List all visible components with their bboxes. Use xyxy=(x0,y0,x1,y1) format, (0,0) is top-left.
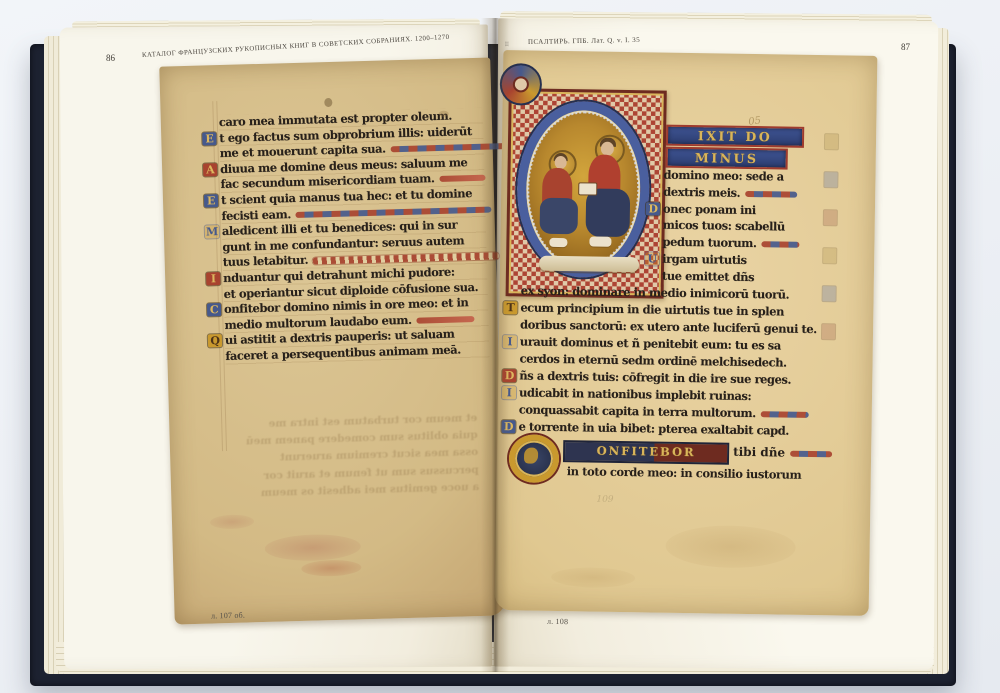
display-text-row1: IXIT DO xyxy=(666,125,804,148)
stain xyxy=(551,567,635,588)
pencil-annotation: 109 xyxy=(596,495,613,505)
versal-initial: E xyxy=(202,132,216,145)
stain xyxy=(665,525,796,569)
versal-initial: C xyxy=(207,303,221,316)
versal-initial: E xyxy=(204,194,218,207)
footrest xyxy=(589,236,611,246)
footrest xyxy=(549,238,567,247)
versal-initial: U xyxy=(645,252,659,265)
ink-stain xyxy=(324,98,332,107)
right-plate-caption: л. 108 xyxy=(547,617,568,626)
initial-d-ring xyxy=(516,100,651,278)
line-filler-ornament xyxy=(439,175,485,182)
line-filler-ornament xyxy=(761,411,809,418)
right-page-number: 87 xyxy=(901,42,910,52)
line-filler-ornament xyxy=(313,252,499,264)
ghost-initial-square xyxy=(822,285,837,302)
confitebor-display-panel: ONFITEBOR xyxy=(563,440,729,465)
open-book-photo: 86 КАТАЛОГ ФРАНЦУЗСКИХ РУКОПИСНЫХ КНИГ В… xyxy=(0,0,1000,693)
left-plate-caption: л. 107 об. xyxy=(211,611,245,621)
ghost-initial-square xyxy=(821,323,836,340)
confitebor-second-line: in toto corde meo: in consilio iustorum xyxy=(567,464,802,482)
illuminated-initial-c xyxy=(509,434,560,483)
versal-initial: Q xyxy=(208,334,222,347)
gutter-mark: III xyxy=(503,41,509,47)
line-filler-ornament xyxy=(417,316,475,324)
illuminated-initial-d xyxy=(506,88,667,298)
book-held-by-figures xyxy=(578,182,597,195)
ghost-initial-square xyxy=(822,247,837,264)
throne-bench xyxy=(539,256,639,273)
right-full-column: ex syon: dominare in medio inimicorū tuo… xyxy=(518,282,866,440)
book-gutter-fold xyxy=(481,18,509,672)
line-filler-ornament xyxy=(296,206,492,217)
stain xyxy=(301,559,361,577)
line-filler-ornament xyxy=(790,451,832,458)
left-page-number: 86 xyxy=(106,53,115,63)
show-through-text: et meum cor turbatum est intra mequia ob… xyxy=(233,410,479,503)
right-narrow-column: domino meo: sede adextris meis.Donec pon… xyxy=(662,167,846,287)
ghost-initial-square xyxy=(824,133,839,150)
ghost-initial-square xyxy=(823,171,838,188)
line-filler-ornament xyxy=(761,241,799,248)
versal-initial: M xyxy=(205,225,219,238)
versal-initial: D xyxy=(646,202,660,215)
versal-initial: I xyxy=(206,272,220,285)
versal-initial: A xyxy=(203,163,217,176)
line-filler-ornament xyxy=(745,191,797,198)
stain xyxy=(210,514,254,529)
stain xyxy=(264,533,361,562)
confitebor-continuation: tibi dñe xyxy=(733,445,785,460)
left-manuscript-plate: caro mea immutata est propter oleum.Et e… xyxy=(159,57,505,624)
right-manuscript-plate: 05 xyxy=(495,50,878,616)
ghost-initial-square xyxy=(823,209,838,226)
left-text-block: caro mea immutata est propter oleum.Et e… xyxy=(219,108,490,365)
